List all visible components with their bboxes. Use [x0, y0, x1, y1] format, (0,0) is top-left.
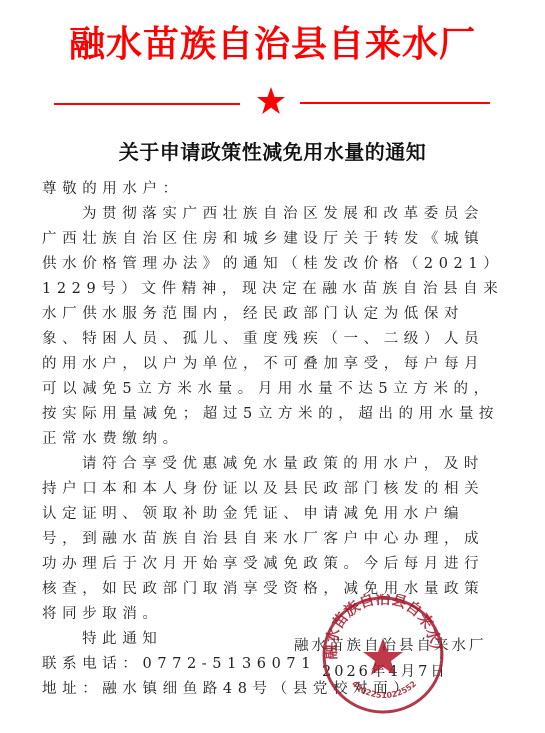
salutation: 尊敬的用水户： [42, 177, 504, 202]
paragraph-policy: 为贯彻落实广西壮族自治区发展和改革委员会 广西壮族自治区住房和城乡建设厅关于转发… [42, 202, 504, 452]
seal-code: 4502251022552 [350, 679, 418, 700]
official-seal: 融水苗族自治县自来水厂 4502251022552 [318, 594, 448, 716]
svg-text:4502251022552: 4502251022552 [350, 679, 418, 700]
divider-line-left [54, 103, 240, 105]
seal-star-icon [363, 638, 403, 675]
notice-title: 关于申请政策性减免用水量的通知 [0, 138, 545, 166]
org-title: 融水苗族自治县自来水厂 [0, 22, 545, 66]
divider-line-right [300, 102, 490, 104]
star-icon [256, 86, 286, 116]
